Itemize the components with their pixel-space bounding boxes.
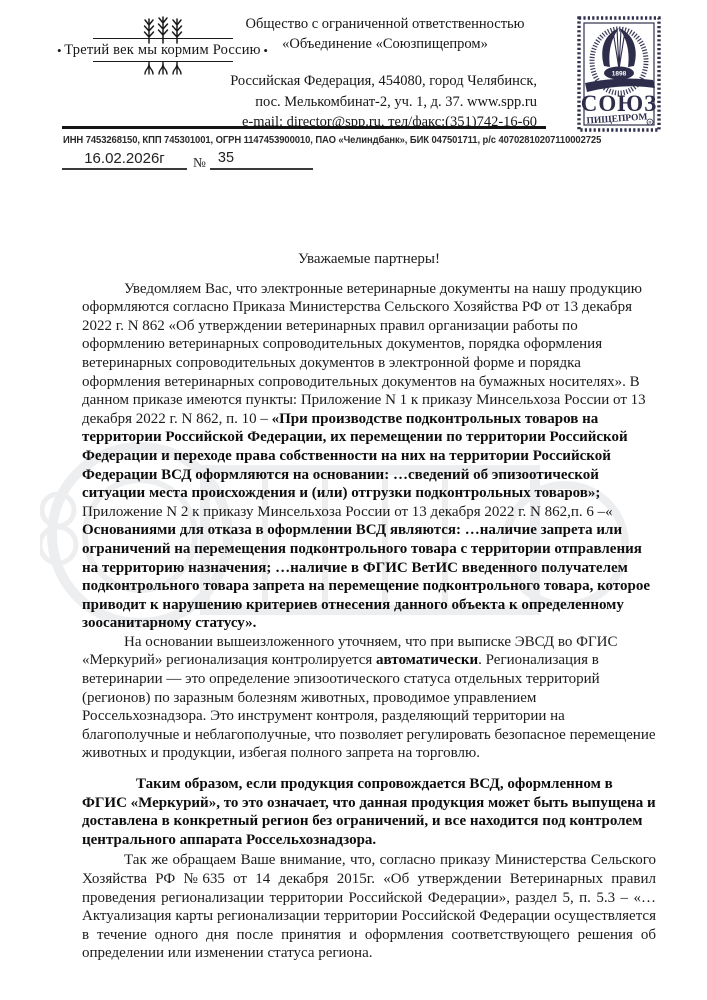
greeting: Уважаемые партнеры! xyxy=(82,250,656,269)
requisites-line: ИНН 7453268150, КПП 745301001, ОГРН 1147… xyxy=(63,134,549,146)
company-name-line1: Общество с ограниченной ответственностью xyxy=(235,14,535,34)
brand-slogan: Третий век мы кормим Россию xyxy=(64,42,260,59)
paragraph-4: Так же обращаем Ваше внимание, что, согл… xyxy=(82,851,656,963)
header-rule xyxy=(62,126,546,129)
date-number-row: 16.02.2026г № 35 xyxy=(62,150,313,170)
stamp-reg-mark: R xyxy=(648,120,651,125)
slogan-bullet-left: • xyxy=(57,44,62,58)
address-line2: пос. Мелькомбинат-2, уч. 1, д. 37. www.s… xyxy=(207,92,537,113)
scanned-letter-page: • Третий век мы кормим Россию • Общество… xyxy=(0,0,707,1000)
address-line1: Российская Федерация, 454080, город Челя… xyxy=(207,71,537,92)
souzpishcheprom-stamp-icon: 1898 СОЮЗ ПИЩЕПРОМ R xyxy=(577,16,661,137)
company-name-line2: «Объединение «Союзпищепром» xyxy=(235,34,535,54)
stamp-year: 1898 xyxy=(612,71,627,78)
date-field: 16.02.2026г xyxy=(62,150,187,170)
paragraph-1: Уведомляем Вас, что электронные ветерина… xyxy=(82,280,656,633)
company-address: Российская Федерация, 454080, город Челя… xyxy=(207,71,537,133)
address-line3: e-mail: director@spp.ru, тел/факс:(351)7… xyxy=(207,112,537,133)
paragraph-3: Таким образом, если продукция сопровожда… xyxy=(82,775,656,849)
number-sign: № xyxy=(193,155,206,171)
letter-body: Уважаемые партнеры! Уведомляем Вас, что … xyxy=(82,250,656,963)
slogan-top-rule xyxy=(93,38,233,39)
company-name: Общество с ограниченной ответственностью… xyxy=(235,14,535,54)
paragraph-2: На основании вышеизложенного уточняем, ч… xyxy=(82,633,656,763)
number-field: 35 xyxy=(210,150,313,170)
